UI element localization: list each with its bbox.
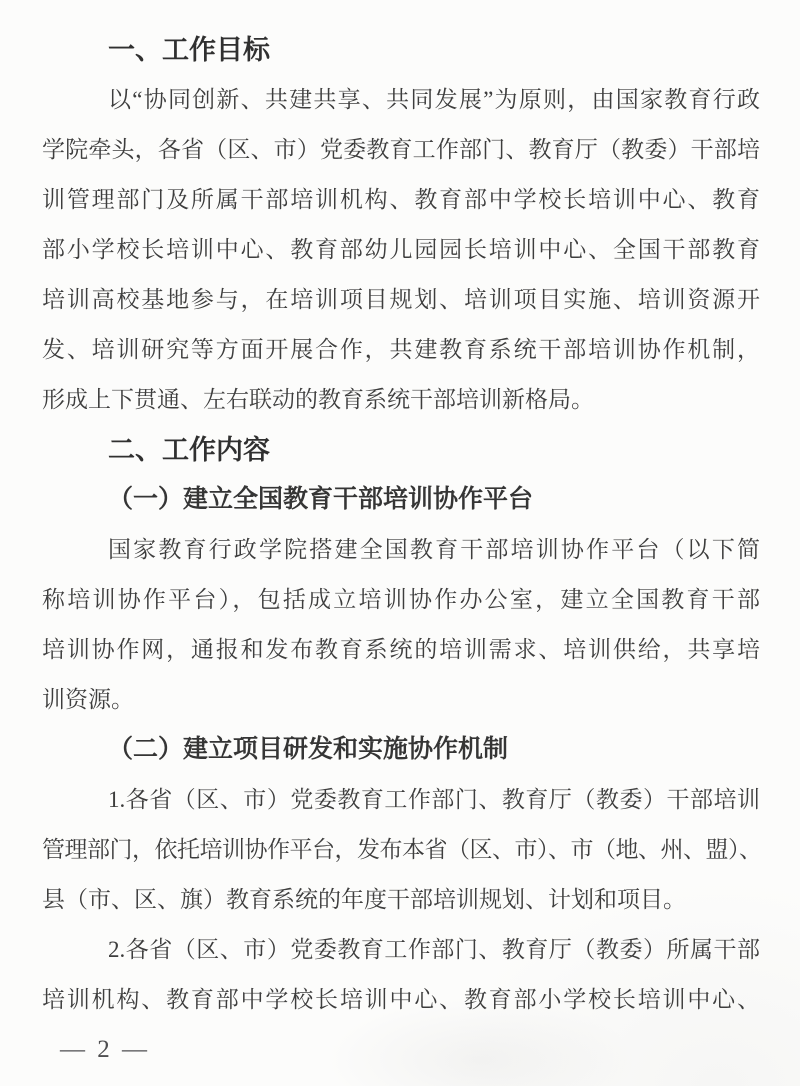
subsection-heading-mechanism: （二）建立项目研发和实施协作机制: [42, 725, 760, 775]
paragraph-line: 培训协作网，通报和发布教育系统的培训需求、培训供给，共享培: [42, 625, 760, 675]
paragraph-line: 以“协同创新、共建共享、共同发展”为原则，由国家教育行政: [42, 75, 760, 125]
paragraph-line: 发、培训研究等方面开展合作，共建教育系统干部培训协作机制，: [42, 325, 760, 375]
paragraph-line: 训管理部门及所属干部培训机构、教育部中学校长培训中心、教育: [42, 175, 760, 225]
paragraph-line: 1.各省（区、市）党委教育工作部门、教育厅（教委）干部培训: [42, 775, 760, 825]
paragraph-line: 称培训协作平台），包括成立培训协作办公室，建立全国教育干部: [42, 575, 760, 625]
paragraph-line: 2.各省（区、市）党委教育工作部门、教育厅（教委）所属干部: [42, 925, 760, 975]
paragraph-line: 管理部门，依托培训协作平台，发布本省（区、市）、市（地、州、盟）、: [42, 825, 760, 875]
page-number: — 2 —: [42, 1025, 760, 1075]
paragraph-line: 学院牵头，各省（区、市）党委教育工作部门、教育厅（教委）干部培: [42, 125, 760, 175]
paragraph-line: 县（市、区、旗）教育系统的年度干部培训规划、计划和项目。: [42, 875, 760, 925]
subsection-heading-platform: （一）建立全国教育干部培训协作平台: [42, 475, 760, 525]
paragraph-line: 培训机构、教育部中学校长培训中心、教育部小学校长培训中心、: [42, 975, 760, 1025]
section-heading-work-goals: 一、工作目标: [42, 25, 760, 75]
paragraph-line: 部小学校长培训中心、教育部幼儿园园长培训中心、全国干部教育: [42, 225, 760, 275]
section-heading-work-content: 二、工作内容: [42, 425, 760, 475]
paragraph-line: 培训高校基地参与，在培训项目规划、培训项目实施、培训资源开: [42, 275, 760, 325]
paragraph-line: 形成上下贯通、左右联动的教育系统干部培训新格局。: [42, 375, 760, 425]
paragraph-line: 训资源。: [42, 675, 760, 725]
document-page: 一、工作目标 以“协同创新、共建共享、共同发展”为原则，由国家教育行政 学院牵头…: [0, 0, 800, 1086]
paragraph-line: 国家教育行政学院搭建全国教育干部培训协作平台（以下简: [42, 525, 760, 575]
